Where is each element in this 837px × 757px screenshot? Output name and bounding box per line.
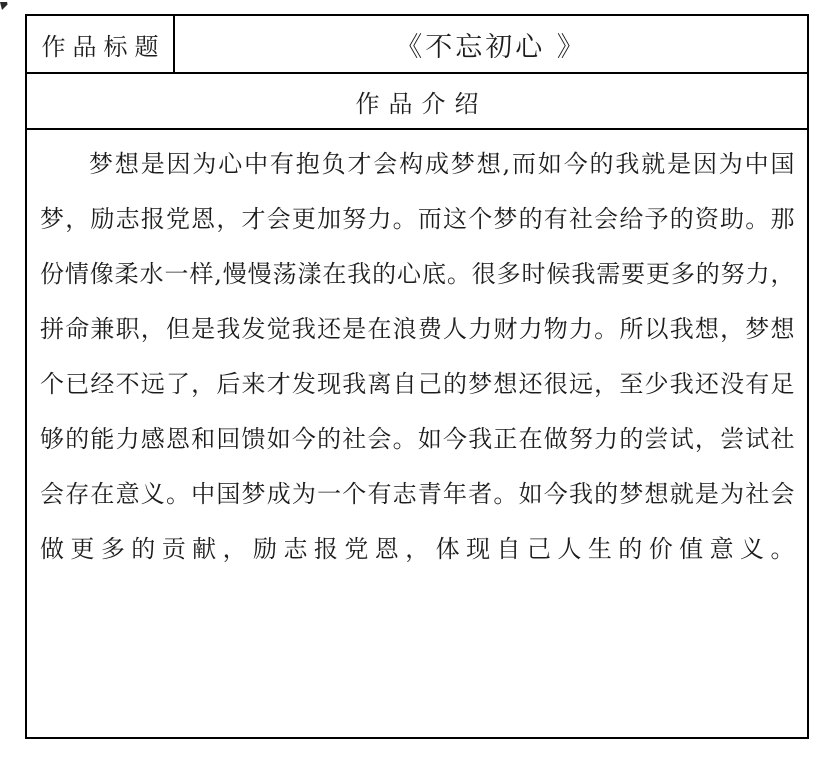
work-title-label: 作品标题 <box>27 16 175 72</box>
body-text-line: 够的能力感恩和回馈如今的社会。如今我正在做努力的尝试，尝试社 <box>40 412 795 467</box>
body-text-line <box>40 577 795 632</box>
body-text-line: 做更多的贡献，励志报党恩，体现自己人生的价值意义。 <box>40 522 795 577</box>
work-intro-section-label: 作品介绍 <box>27 74 807 130</box>
title-row: 作品标题 《不忘初心 》 <box>27 16 807 74</box>
body-text-line: 份情像柔水一样,慢慢荡漾在我的心底。很多时候我需要更多的努力， <box>40 247 795 302</box>
work-intro-body: 梦想是因为心中有抱负才会构成梦想,而如今的我就是因为中国 梦，励志报党恩，才会更… <box>27 130 807 737</box>
body-text-line: 会存在意义。中国梦成为一个有志青年者。如今我的梦想就是为社会 <box>40 467 795 522</box>
body-text-line: 梦想是因为心中有抱负才会构成梦想,而如今的我就是因为中国 <box>40 137 795 192</box>
work-info-table: 作品标题 《不忘初心 》 作品介绍 梦想是因为心中有抱负才会构成梦想,而如今的我… <box>25 14 809 739</box>
work-title-value: 《不忘初心 》 <box>175 16 807 72</box>
body-text-line: 梦，励志报党恩，才会更加努力。而这个梦的有社会给予的资助。那 <box>40 192 795 247</box>
scan-artifact-mark <box>0 2 10 14</box>
document-page: 作品标题 《不忘初心 》 作品介绍 梦想是因为心中有抱负才会构成梦想,而如今的我… <box>0 0 837 757</box>
body-text-line: 个已经不远了，后来才发现我离自己的梦想还很远，至少我还没有足 <box>40 357 795 412</box>
body-text-line: 拼命兼职，但是我发觉我还是在浪费人力财力物力。所以我想，梦想 <box>40 302 795 357</box>
